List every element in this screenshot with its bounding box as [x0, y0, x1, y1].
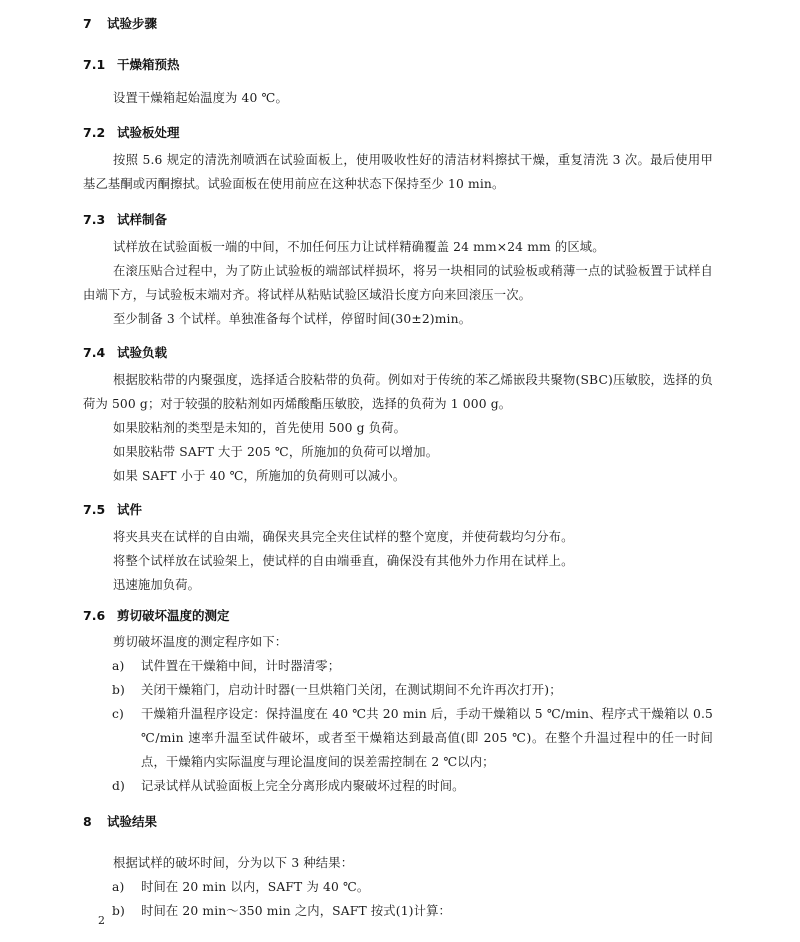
list-marker: b)	[112, 899, 140, 923]
section-heading-7: 7试验步骤	[83, 14, 157, 32]
section-title: 试件	[117, 502, 142, 517]
paragraph: 在滚压贴合过程中，为了防止试验板的端部试样损坏，将另一块相同的试验板或稍薄一点的…	[83, 259, 713, 307]
list-marker: c)	[112, 702, 140, 726]
section-heading-7-4: 7.4试验负载	[83, 343, 167, 361]
section-number: 7.2	[83, 125, 117, 140]
section-number: 7.4	[83, 345, 117, 360]
page-number: 2	[98, 914, 105, 927]
section-number: 7.6	[83, 608, 117, 623]
paragraph: 根据试样的破坏时间，分为以下 3 种结果：	[83, 851, 713, 875]
list-item: b) 关闭干燥箱门，启动计时器(一旦烘箱门关闭，在测试期间不允许再次打开)；	[112, 678, 713, 702]
list-text: 时间在 20 min～350 min 之内，SAFT 按式(1)计算：	[141, 899, 713, 923]
section-title: 试验步骤	[107, 16, 157, 31]
section-number: 7	[83, 16, 107, 31]
paragraph: 迅速施加负荷。	[83, 573, 713, 597]
list-text: 记录试样从试验面板上完全分离形成内聚破坏过程的时间。	[141, 774, 713, 798]
paragraph: 按照 5.6 规定的清洗剂喷洒在试验面板上，使用吸收性好的清洁材料擦拭干燥，重复…	[83, 148, 713, 196]
section-heading-7-1: 7.1干燥箱预热	[83, 55, 180, 73]
list-marker: b)	[112, 678, 140, 702]
section-number: 7.5	[83, 502, 117, 517]
paragraph: 如果胶粘剂的类型是未知的，首先使用 500 g 负荷。	[83, 416, 713, 440]
section-title: 试验板处理	[117, 125, 180, 140]
section-heading-7-2: 7.2试验板处理	[83, 123, 180, 141]
document-page: 7试验步骤 7.1干燥箱预热 设置干燥箱起始温度为 40 ℃。 7.2试验板处理…	[0, 0, 800, 942]
paragraph: 设置干燥箱起始温度为 40 ℃。	[83, 86, 713, 110]
paragraph: 试样放在试验面板一端的中间，不加任何压力让试样精确覆盖 24 mm×24 mm …	[83, 235, 713, 259]
section-heading-7-3: 7.3试样制备	[83, 210, 167, 228]
list-marker: a)	[112, 875, 140, 899]
section-title: 试验结果	[107, 814, 157, 829]
section-heading-7-5: 7.5试件	[83, 500, 142, 518]
list-item: d) 记录试样从试验面板上完全分离形成内聚破坏过程的时间。	[112, 774, 713, 798]
list-text: 试件置在干燥箱中间，计时器清零；	[141, 654, 713, 678]
paragraph: 如果胶粘带 SAFT 大于 205 ℃，所施加的负荷可以增加。	[83, 440, 713, 464]
section-heading-7-6: 7.6剪切破坏温度的测定	[83, 606, 230, 624]
paragraph: 至少制备 3 个试样。单独准备每个试样，停留时间(30±2)min。	[83, 307, 713, 331]
list-item: a) 试件置在干燥箱中间，计时器清零；	[112, 654, 713, 678]
section-title: 剪切破坏温度的测定	[117, 608, 230, 623]
section-title: 试验负载	[117, 345, 167, 360]
list-marker: d)	[112, 774, 140, 798]
list-item: c) 干燥箱升温程序设定：保持温度在 40 ℃共 20 min 后，手动干燥箱以…	[112, 702, 713, 774]
paragraph: 将整个试样放在试验架上，使试样的自由端垂直，确保没有其他外力作用在试样上。	[83, 549, 713, 573]
section-title: 干燥箱预热	[117, 57, 180, 72]
list-text: 干燥箱升温程序设定：保持温度在 40 ℃共 20 min 后，手动干燥箱以 5 …	[141, 702, 713, 774]
list-text: 关闭干燥箱门，启动计时器(一旦烘箱门关闭，在测试期间不允许再次打开)；	[141, 678, 713, 702]
section-number: 8	[83, 814, 107, 829]
section-heading-8: 8试验结果	[83, 812, 157, 830]
list-item: b) 时间在 20 min～350 min 之内，SAFT 按式(1)计算：	[112, 899, 713, 923]
paragraph: 将夹具夹在试样的自由端，确保夹具完全夹住试样的整个宽度，并使荷载均匀分布。	[83, 525, 713, 549]
paragraph: 剪切破坏温度的测定程序如下：	[83, 630, 713, 654]
list-item: a) 时间在 20 min 以内，SAFT 为 40 ℃。	[112, 875, 713, 899]
list-text: 时间在 20 min 以内，SAFT 为 40 ℃。	[141, 875, 713, 899]
section-title: 试样制备	[117, 212, 167, 227]
paragraph: 根据胶粘带的内聚强度，选择适合胶粘带的负荷。例如对于传统的苯乙烯嵌段共聚物(SB…	[83, 368, 713, 416]
list-marker: a)	[112, 654, 140, 678]
section-number: 7.1	[83, 57, 117, 72]
section-number: 7.3	[83, 212, 117, 227]
paragraph: 如果 SAFT 小于 40 ℃，所施加的负荷则可以减小。	[83, 464, 713, 488]
